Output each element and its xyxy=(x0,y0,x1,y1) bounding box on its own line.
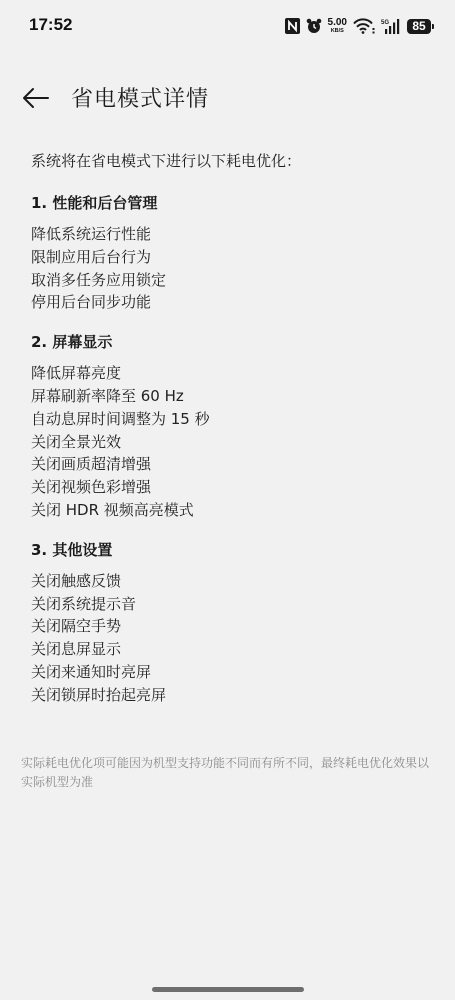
list-item: 关闭系统提示音 xyxy=(31,593,431,616)
list-item: 取消多任务应用锁定 xyxy=(31,269,431,292)
battery-icon: 85 xyxy=(407,19,431,34)
network-speed: 5.00 KB/S xyxy=(328,18,347,35)
list-item: 关闭画质超清增强 xyxy=(31,453,431,476)
network-speed-unit: KB/S xyxy=(331,29,344,35)
list-item: 关闭视频色彩增强 xyxy=(31,476,431,499)
list-item: 屏幕刷新率降至 60 Hz xyxy=(31,385,431,408)
list-item: 降低系统运行性能 xyxy=(31,223,431,246)
network-speed-value: 5.00 xyxy=(328,18,347,28)
nfc-icon xyxy=(285,18,300,34)
header: 省电模式详情 xyxy=(0,76,455,120)
arrow-left-icon xyxy=(22,87,50,109)
list-item: 限制应用后台行为 xyxy=(31,246,431,269)
alarm-icon xyxy=(306,18,322,34)
back-button[interactable] xyxy=(18,80,54,116)
section-performance: 1. 性能和后台管理 降低系统运行性能 限制应用后台行为 取消多任务应用锁定 停… xyxy=(31,192,431,314)
list-item: 关闭锁屏时抬起亮屏 xyxy=(31,684,431,707)
wifi-icon xyxy=(353,18,375,34)
list-item: 关闭 HDR 视频高亮模式 xyxy=(31,499,431,522)
section-title: 1. 性能和后台管理 xyxy=(31,192,431,214)
home-indicator[interactable] xyxy=(152,987,304,992)
section-display: 2. 屏幕显示 降低屏幕亮度 屏幕刷新率降至 60 Hz 自动息屏时间调整为 1… xyxy=(31,331,431,522)
list-item: 停用后台同步功能 xyxy=(31,291,431,314)
page-title: 省电模式详情 xyxy=(71,82,209,113)
footnote: 实际耗电优化项可能因为机型支持功能不同而有所不同，最终耗电优化效果以实际机型为准 xyxy=(21,754,433,792)
list-item: 自动息屏时间调整为 15 秒 xyxy=(31,408,431,431)
status-bar: 17:52 5.00 KB/S 5G 85 xyxy=(0,0,455,52)
5g-signal-icon: 5G xyxy=(381,18,401,34)
section-title: 3. 其他设置 xyxy=(31,539,431,561)
status-time: 17:52 xyxy=(29,15,72,35)
section-other: 3. 其他设置 关闭触感反馈 关闭系统提示音 关闭隔空手势 关闭息屏显示 关闭来… xyxy=(31,539,431,707)
content: 系统将在省电模式下进行以下耗电优化： 1. 性能和后台管理 降低系统运行性能 限… xyxy=(31,150,431,724)
list-item: 关闭全景光效 xyxy=(31,431,431,454)
list-item: 关闭息屏显示 xyxy=(31,638,431,661)
svg-text:5G: 5G xyxy=(381,20,389,26)
status-icons: 5.00 KB/S 5G 85 xyxy=(285,16,431,36)
list-item: 关闭隔空手势 xyxy=(31,615,431,638)
list-item: 关闭来通知时亮屏 xyxy=(31,661,431,684)
list-item: 降低屏幕亮度 xyxy=(31,362,431,385)
section-title: 2. 屏幕显示 xyxy=(31,331,431,353)
intro-text: 系统将在省电模式下进行以下耗电优化： xyxy=(31,150,431,172)
list-item: 关闭触感反馈 xyxy=(31,570,431,593)
